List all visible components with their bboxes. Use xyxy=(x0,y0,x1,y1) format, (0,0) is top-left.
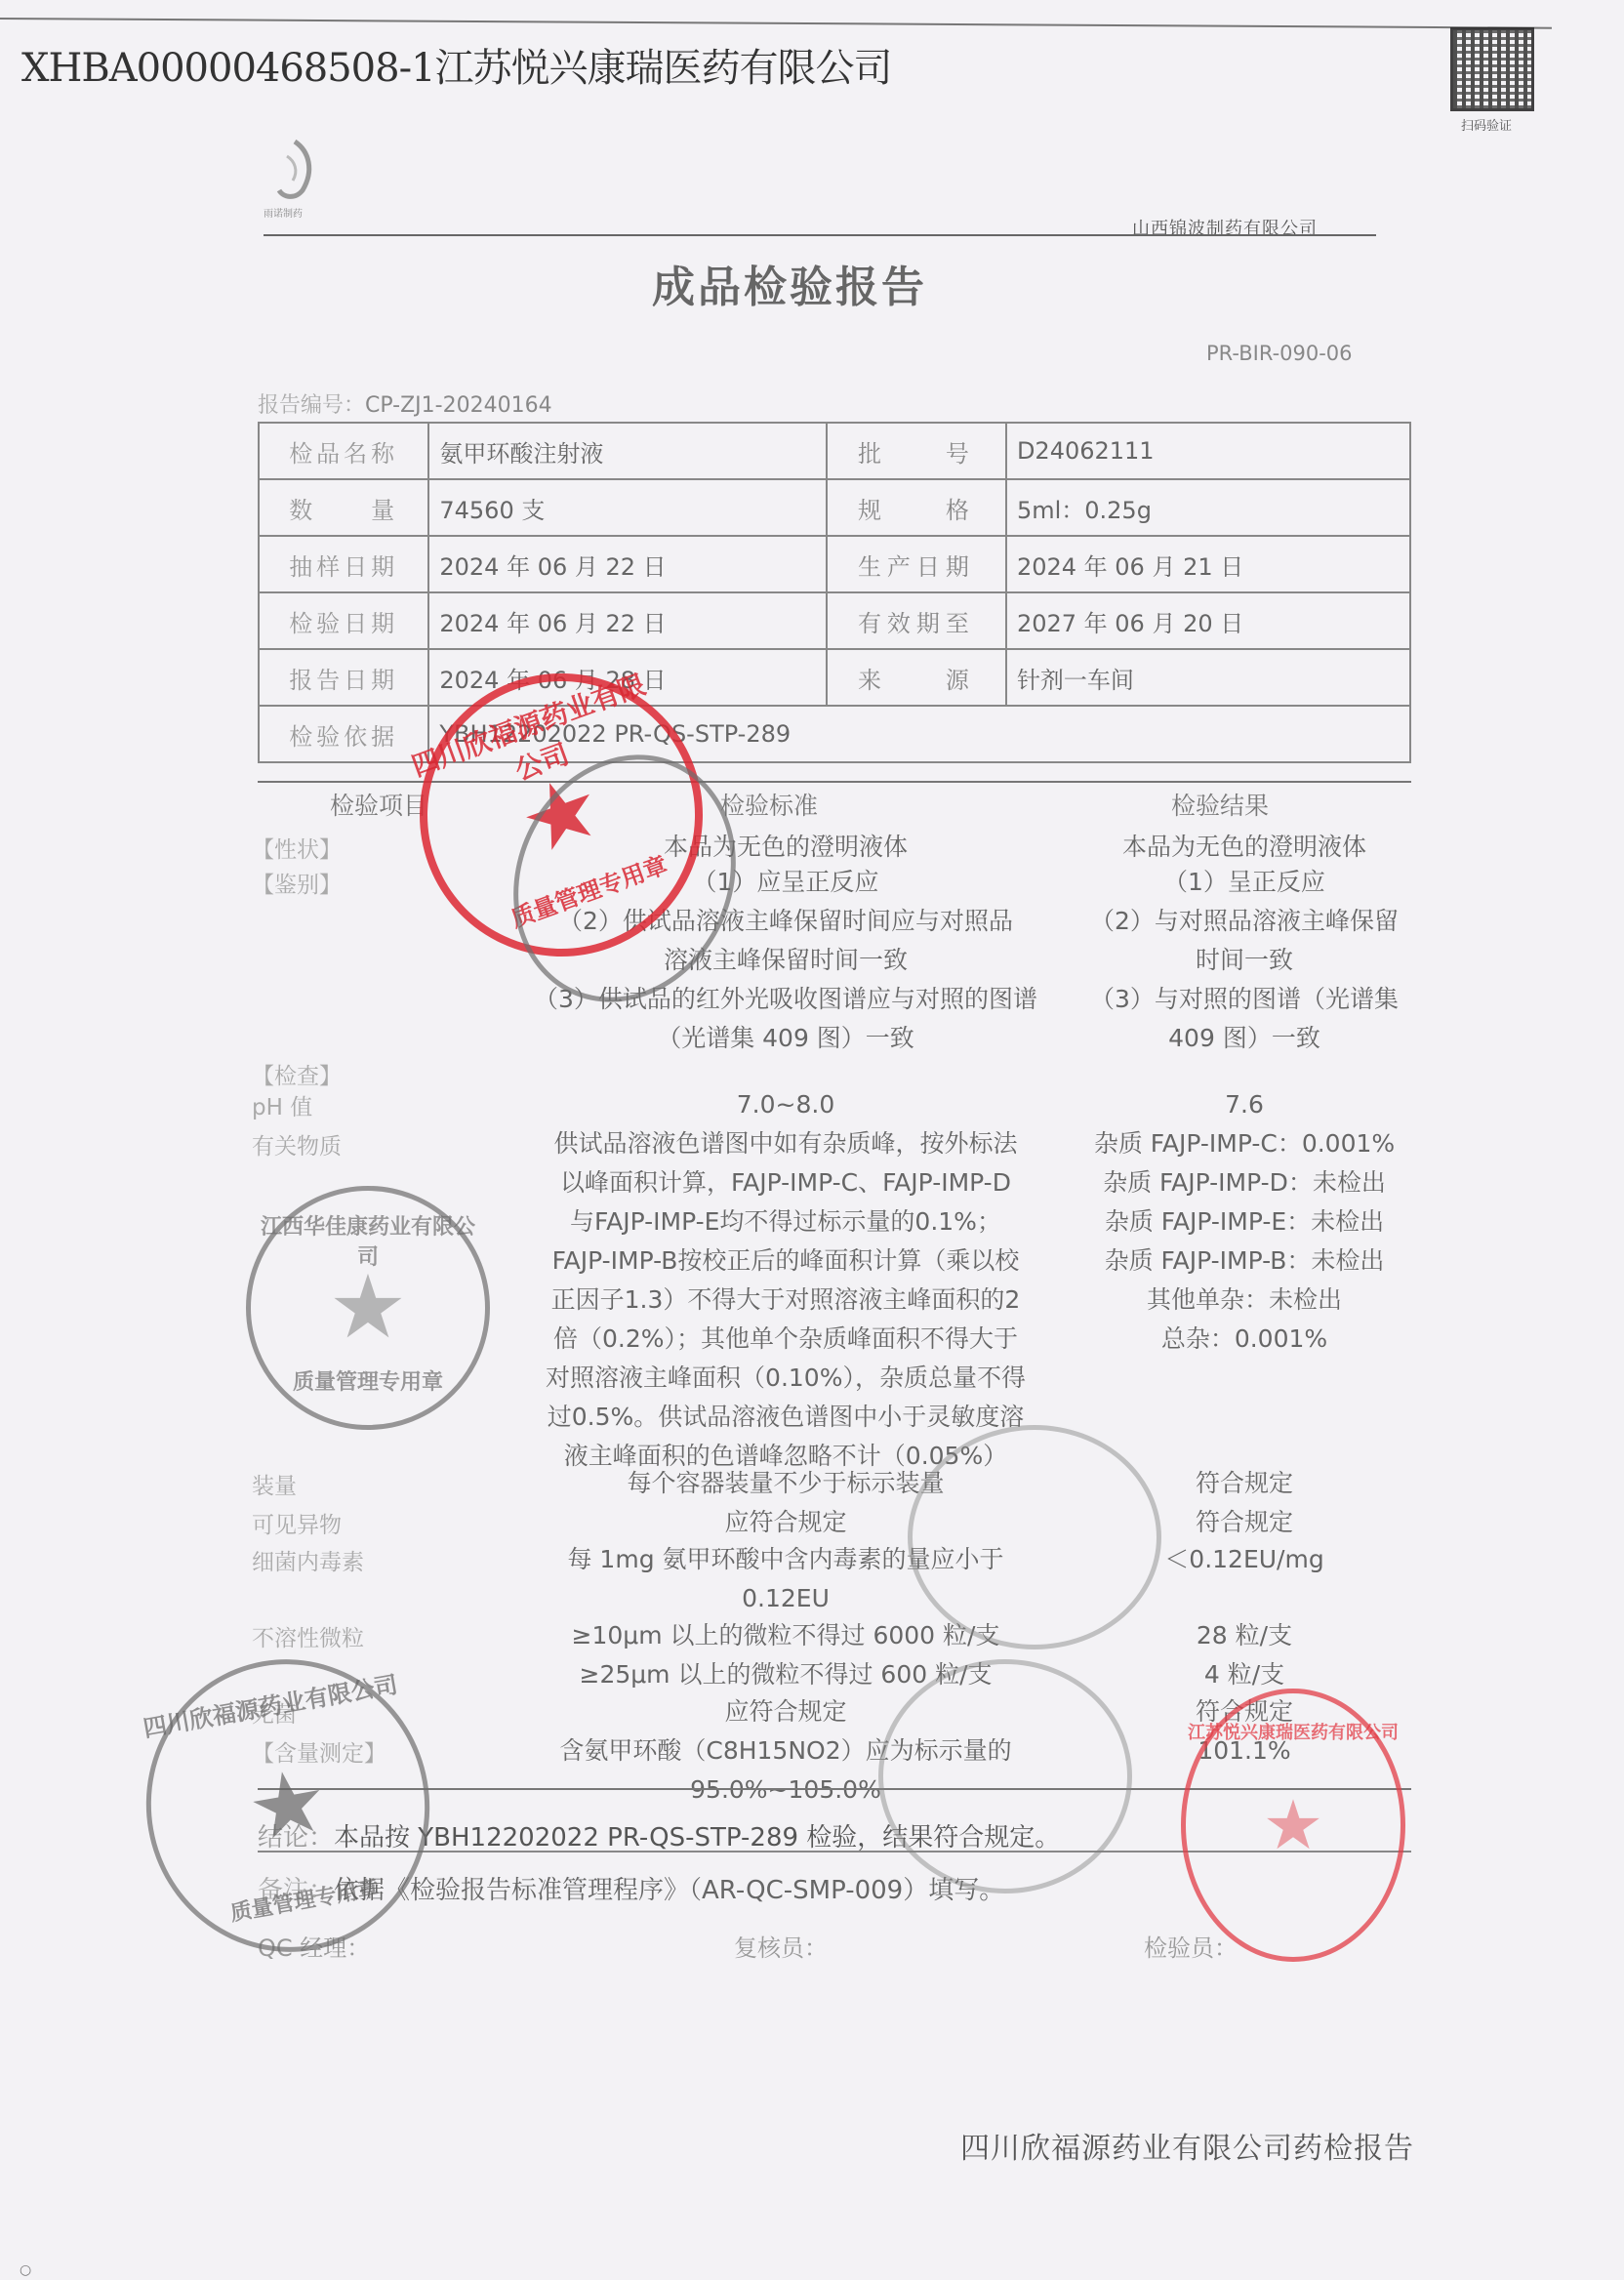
result-standard: 7.0~8.0 xyxy=(488,1085,1083,1124)
info-row: 检验日期2024 年 06 月 22 日有效期至2027 年 06 月 20 日 xyxy=(259,592,1410,649)
result-item-label: 细菌内毒素 xyxy=(252,1544,364,1576)
standard-line: 与FAJP-IMP-E均不得过标示量的0.1%； xyxy=(488,1202,1083,1242)
signature-reviewer: 复核员： xyxy=(734,1929,828,1963)
info-label: 抽样日期 xyxy=(259,536,428,592)
info-label: 规 格 xyxy=(827,479,1006,536)
result-line: 4 粒/支 xyxy=(1074,1655,1415,1694)
info-label: 有效期至 xyxy=(827,592,1006,649)
info-value: 2024 年 06 月 22 日 xyxy=(428,536,827,592)
result-line: 总杂：0.001% xyxy=(1074,1320,1415,1359)
standard-line: 7.0~8.0 xyxy=(488,1085,1083,1124)
result-value: 28 粒/支4 粒/支 xyxy=(1074,1616,1415,1694)
result-line: 杂质 FAJP-IMP-E：未检出 xyxy=(1074,1202,1415,1242)
result-value: 杂质 FAJP-IMP-C：0.001%杂质 FAJP-IMP-D：未检出杂质 … xyxy=(1074,1124,1415,1359)
info-value: 2024 年 06 月 22 日 xyxy=(428,592,827,649)
info-label: 数 量 xyxy=(259,479,428,536)
info-value: 5ml：0.25g xyxy=(1006,479,1410,536)
result-value: （1）呈正反应（2）与对照品溶液主峰保留时间一致（3）与对照的图谱（光谱集409… xyxy=(1074,863,1415,1058)
product-info-table: 检品名称氨甲环酸注射液批 号D24062111数 量74560 支规 格5ml：… xyxy=(258,422,1411,763)
quality-stamp-gray-3: ★ 四川欣福源药业有限公司 质量管理专用章 xyxy=(123,1637,453,1975)
footer-company-report: 四川欣福源药业有限公司药检报告 xyxy=(960,2124,1414,2167)
quality-stamp-gray-5 xyxy=(878,1659,1132,1893)
result-line: 时间一致 xyxy=(1074,941,1415,980)
info-value: 2024 年 06 月 21 日 xyxy=(1006,536,1410,592)
header-standard: 检验标准 xyxy=(720,787,818,822)
qr-code-icon[interactable] xyxy=(1450,27,1534,111)
result-line: 杂质 FAJP-IMP-B：未检出 xyxy=(1074,1242,1415,1281)
qr-verify-label: 扫码验证 xyxy=(1461,115,1512,134)
result-line: （1）呈正反应 xyxy=(1074,863,1415,902)
result-line: 杂质 FAJP-IMP-D：未检出 xyxy=(1074,1163,1415,1202)
result-line: 7.6 xyxy=(1074,1085,1415,1124)
result-item-label: 装量 xyxy=(252,1468,297,1500)
document-title: 成品检验报告 xyxy=(652,252,927,314)
info-row: 数 量74560 支规 格5ml：0.25g xyxy=(259,479,1410,536)
result-line: （3）与对照的图谱（光谱集 xyxy=(1074,980,1415,1019)
info-value: 针剂一车间 xyxy=(1006,649,1410,706)
result-item-label: 有关物质 xyxy=(252,1128,342,1160)
info-label: 检品名称 xyxy=(259,423,428,479)
top-rule xyxy=(0,18,1552,29)
logo-text: 雨诺制药 xyxy=(264,205,303,220)
info-label: 批 号 xyxy=(827,423,1006,479)
info-value: 74560 支 xyxy=(428,479,827,536)
watermark-code-company: XHBA00000468508-1江苏悦兴康瑞医药有限公司 xyxy=(21,37,892,93)
result-value: 本品为无色的澄明液体 xyxy=(1074,828,1415,867)
report-number-value: CP-ZJ1-20240164 xyxy=(365,393,552,418)
standard-line: FAJP-IMP-B按校正后的峰面积计算（乘以校 xyxy=(488,1242,1083,1281)
result-line: 杂质 FAJP-IMP-C：0.001% xyxy=(1074,1124,1415,1163)
signature-inspector: 检验员： xyxy=(1144,1929,1238,1963)
report-number-label: 报告编号： xyxy=(258,393,365,418)
info-value: 氨甲环酸注射液 xyxy=(428,423,827,479)
info-label: 报告日期 xyxy=(259,649,428,706)
standard-line: 供试品溶液色谱图中如有杂质峰，按外标法 xyxy=(488,1124,1083,1163)
info-value: D24062111 xyxy=(1006,423,1410,479)
header-result: 检验结果 xyxy=(1171,787,1269,822)
info-label: 来 源 xyxy=(827,649,1006,706)
standard-line: 以峰面积计算，FAJP-IMP-C、FAJP-IMP-D xyxy=(488,1163,1083,1202)
result-line: 其他单杂：未检出 xyxy=(1074,1281,1415,1320)
issuing-company: 山西锦波制药有限公司 xyxy=(1132,215,1318,240)
result-line: 409 图）一致 xyxy=(1074,1019,1415,1058)
info-row: 抽样日期2024 年 06 月 22 日生产日期2024 年 06 月 21 日 xyxy=(259,536,1410,592)
info-row: 报告日期2024 年 06 月 28 日来 源针剂一车间 xyxy=(259,649,1410,706)
standard-line: 对照溶液主峰面积（0.10%），杂质总量不得 xyxy=(488,1359,1083,1398)
form-code: PR-BIR-090-06 xyxy=(1206,342,1353,365)
standard-line: 正因子1.3）不得大于对照溶液主峰面积的2 xyxy=(488,1281,1083,1320)
quality-stamp-red-2: ★ 江苏悦兴康瑞医药有限公司 xyxy=(1181,1689,1405,1962)
result-item-label: 【检查】 xyxy=(252,1058,342,1090)
margin-mark: ○ xyxy=(20,2262,31,2278)
result-line: （2）与对照品溶液主峰保留 xyxy=(1074,902,1415,941)
standard-line: （光谱集 409 图）一致 xyxy=(488,1019,1083,1058)
info-label: 检验日期 xyxy=(259,592,428,649)
result-item-label: 可见异物 xyxy=(252,1507,342,1539)
report-number: 报告编号：CP-ZJ1-20240164 xyxy=(258,388,552,419)
standard-line: 倍（0.2%）；其他单个杂质峰面积不得大于 xyxy=(488,1320,1083,1359)
result-item-label: pH 值 xyxy=(252,1089,312,1121)
result-item-label: 【性状】 xyxy=(252,832,342,864)
result-item-label: 不溶性微粒 xyxy=(252,1620,364,1652)
result-line: 本品为无色的澄明液体 xyxy=(1074,828,1415,867)
company-logo-icon xyxy=(265,137,324,205)
result-line: 28 粒/支 xyxy=(1074,1616,1415,1655)
quality-stamp-gray-2: ★ 江西华佳康药业有限公司 质量管理专用章 xyxy=(246,1186,490,1430)
info-label: 生产日期 xyxy=(827,536,1006,592)
result-value: 7.6 xyxy=(1074,1085,1415,1124)
quality-stamp-gray-4 xyxy=(908,1425,1161,1649)
info-value: 2027 年 06 月 20 日 xyxy=(1006,592,1410,649)
result-item-label: 【鉴别】 xyxy=(252,867,342,899)
header-rule xyxy=(264,234,1376,236)
info-row: 检品名称氨甲环酸注射液批 号D24062111 xyxy=(259,423,1410,479)
result-standard: 供试品溶液色谱图中如有杂质峰，按外标法以峰面积计算，FAJP-IMP-C、FAJ… xyxy=(488,1124,1083,1476)
